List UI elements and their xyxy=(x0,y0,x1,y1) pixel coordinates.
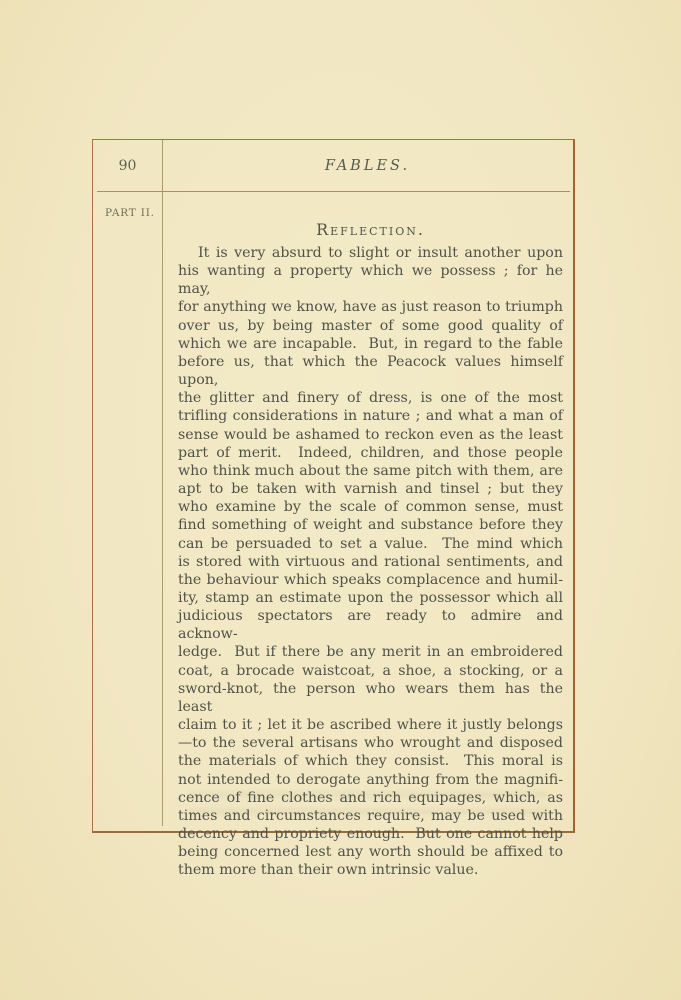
text-line: cence of fine clothes and rich equipages… xyxy=(178,789,563,807)
section-heading: Reflection. xyxy=(178,220,563,239)
text-line: sword-knot, the person who wears them ha… xyxy=(178,680,563,716)
text-line: is stored with virtuous and rational sen… xyxy=(178,553,563,571)
text-line: claim to it ; let it be ascribed where i… xyxy=(178,716,563,734)
body-text: It is very absurd to slight or insult an… xyxy=(178,244,563,879)
text-line: It is very absurd to slight or insult an… xyxy=(178,244,563,262)
running-title: FABLES. xyxy=(325,158,410,174)
text-line: part of merit. Indeed, children, and tho… xyxy=(178,444,563,462)
text-line: ity, stamp an estimate upon the possesso… xyxy=(178,589,563,607)
text-line: decency and propriety enough. But one ca… xyxy=(178,825,563,843)
page-number-cell: 90 xyxy=(93,140,162,191)
text-line: find something of weight and substance b… xyxy=(178,516,563,534)
text-line: for anything we know, have as just reaso… xyxy=(178,298,563,316)
header-rule xyxy=(97,191,570,192)
text-line: apt to be taken with varnish and tinsel … xyxy=(178,480,563,498)
text-line: not intended to derogate anything from t… xyxy=(178,771,563,789)
text-line: times and circumstances require, may be … xyxy=(178,807,563,825)
text-line: trifling considerations in nature ; and … xyxy=(178,407,563,425)
margin-divider-rule xyxy=(162,140,163,826)
text-line: sense would be ashamed to reckon even as… xyxy=(178,426,563,444)
text-line: —to the several artisans who wrought and… xyxy=(178,734,563,752)
page-number: 90 xyxy=(119,158,137,174)
text-line: who think much about the same pitch with… xyxy=(178,462,563,480)
text-column: Reflection. It is very absurd to slight … xyxy=(178,220,563,879)
text-line: who examine by the scale of common sense… xyxy=(178,498,563,516)
part-label: PART II. xyxy=(105,207,155,219)
text-line: the materials of which they consist. Thi… xyxy=(178,752,563,770)
text-line: his wanting a property which we possess … xyxy=(178,262,563,298)
running-title-cell: FABLES. xyxy=(162,140,573,191)
text-line: the glitter and finery of dress, is one … xyxy=(178,389,563,407)
text-line: them more than their own intrinsic value… xyxy=(178,861,563,879)
text-line: before us, that which the Peacock values… xyxy=(178,353,563,389)
book-page: 90 FABLES. PART II. Reflection. It is ve… xyxy=(0,0,681,1000)
page-frame: 90 FABLES. PART II. Reflection. It is ve… xyxy=(92,139,575,833)
text-line: can be persuaded to set a value. The min… xyxy=(178,535,563,553)
text-line: which we are incapable. But, in regard t… xyxy=(178,335,563,353)
text-line: over us, by being master of some good qu… xyxy=(178,317,563,335)
text-line: being concerned lest any worth should be… xyxy=(178,843,563,861)
text-line: ledge. But if there be any merit in an e… xyxy=(178,643,563,661)
text-line: judicious spectators are ready to admire… xyxy=(178,607,563,643)
text-line: the behaviour which speaks complacence a… xyxy=(178,571,563,589)
text-line: coat, a brocade waistcoat, a shoe, a sto… xyxy=(178,662,563,680)
